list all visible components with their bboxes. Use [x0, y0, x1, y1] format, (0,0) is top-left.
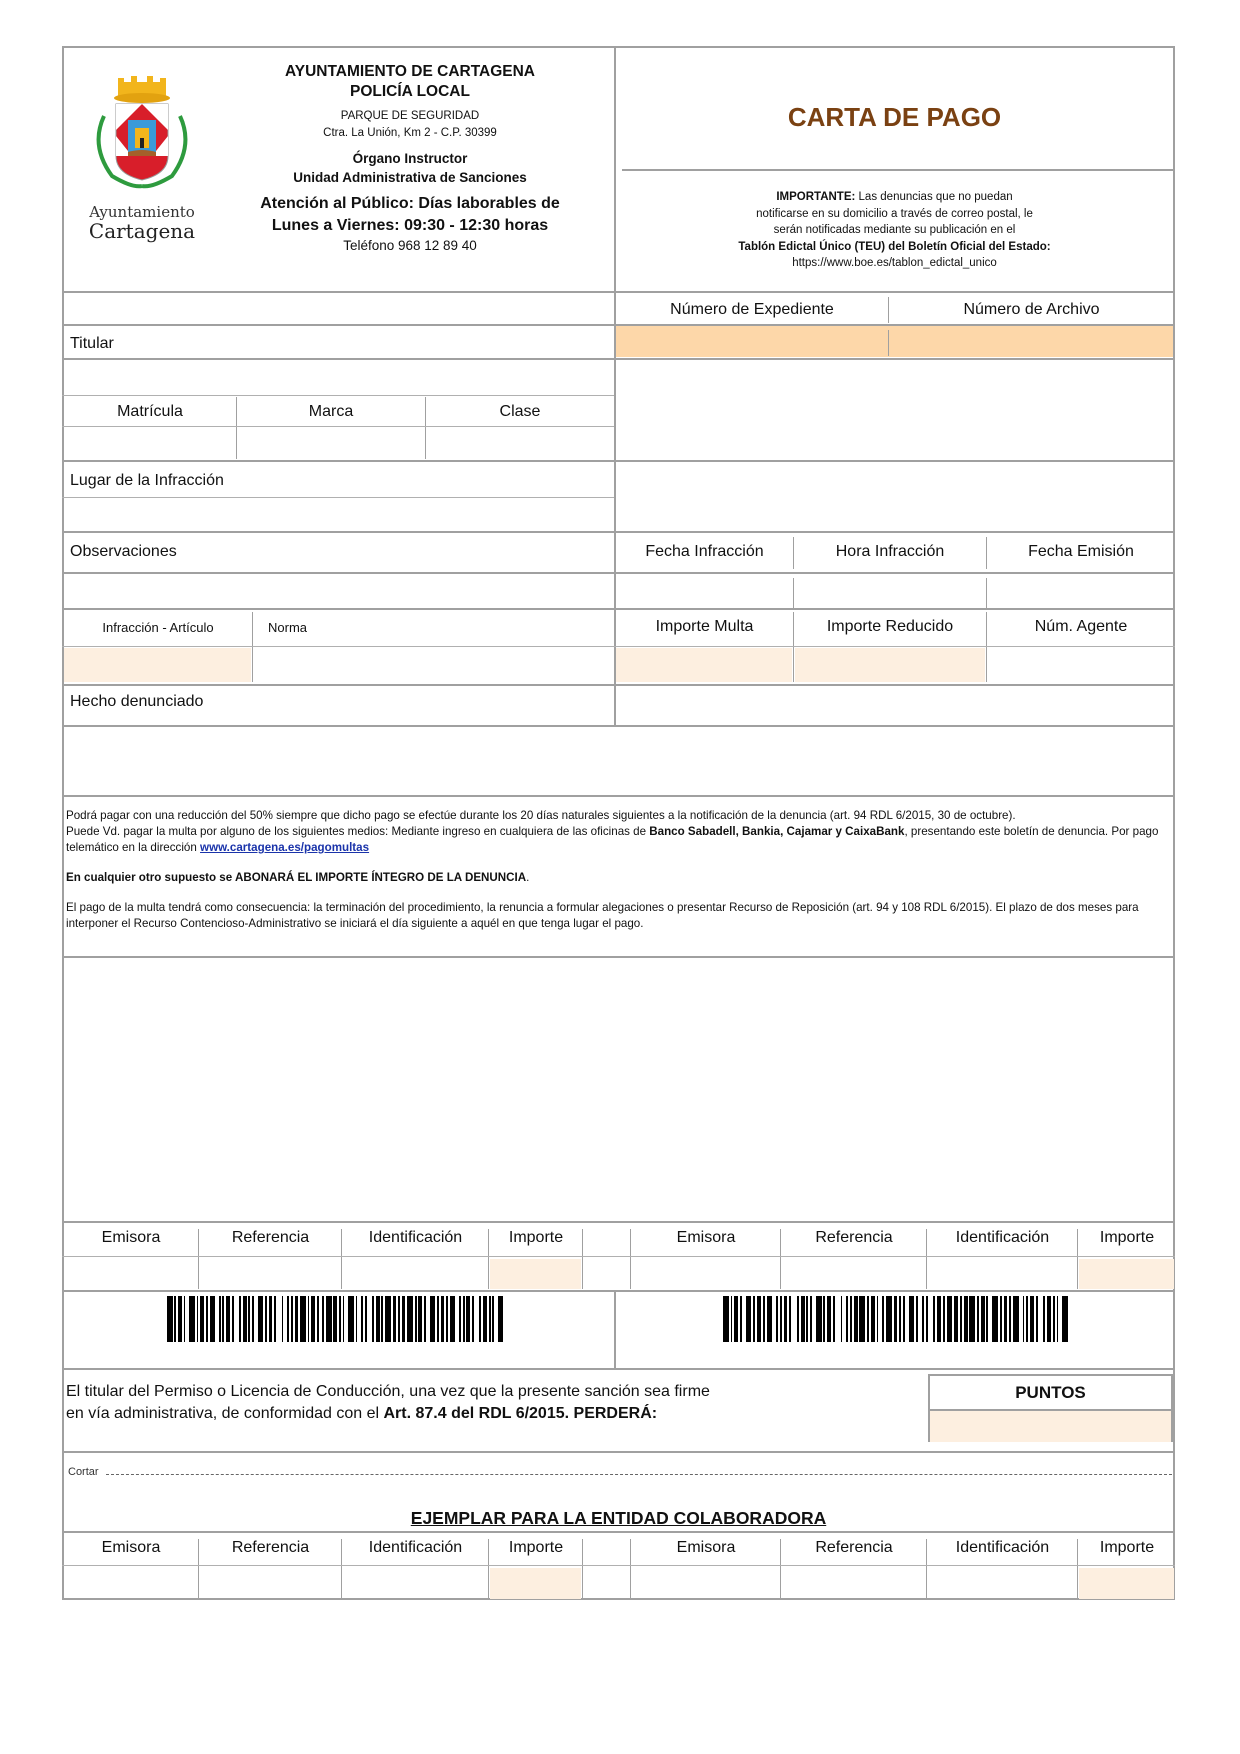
payment1-field-emisora-2[interactable]: [632, 1259, 779, 1289]
payment2-header-importe: Importe: [490, 1539, 582, 1557]
row-line: [62, 1256, 1175, 1257]
importe-reducido-label: Importe Reducido: [794, 618, 986, 636]
payment2-header-identificacin: Identificación: [343, 1539, 488, 1557]
payment1-field-emisora-1[interactable]: [64, 1259, 197, 1289]
notice-line-4: Tablón Edictal Único (TEU) del Boletín O…: [616, 239, 1173, 256]
legal-p2-a: Puede Vd. pagar la multa por alguno de l…: [66, 825, 649, 838]
col-divider: [341, 1229, 342, 1289]
col-divider: [780, 1539, 781, 1599]
notice-line-3: serán notificadas mediante su publicació…: [616, 222, 1173, 239]
row-line: [62, 460, 1175, 462]
payment2-field-identificacin-1[interactable]: [343, 1568, 487, 1599]
payment2-field-importe-2[interactable]: [1079, 1568, 1174, 1599]
barcode-right: [723, 1296, 1070, 1342]
col-divider: [1077, 1539, 1078, 1599]
points-notice: El titular del Permiso o Licencia de Con…: [66, 1381, 710, 1425]
row-line: [62, 795, 1175, 797]
legal-p1: Podrá pagar con una reducción del 50% si…: [66, 808, 1166, 824]
importe-reducido-field[interactable]: [795, 648, 985, 682]
org-sub: POLICÍA LOCAL: [240, 82, 580, 102]
row-line: [62, 1451, 1175, 1453]
points-field[interactable]: [930, 1411, 1171, 1442]
notice-bold: IMPORTANTE:: [776, 191, 855, 203]
lugar-field[interactable]: [64, 499, 612, 530]
importe-multa-label: Importe Multa: [616, 618, 793, 636]
col-divider: [198, 1229, 199, 1289]
col-divider: [630, 1539, 631, 1599]
importe-multa-field[interactable]: [616, 648, 792, 682]
payment1-field-referencia-1[interactable]: [200, 1259, 340, 1289]
legal-p3-bold: En cualquier otro supuesto se ABONARÁ EL…: [66, 871, 526, 884]
col-divider: [488, 1539, 489, 1599]
notice-url[interactable]: https://www.boe.es/tablon_edictal_unico: [616, 255, 1173, 272]
payment1-field-identificacin-2[interactable]: [928, 1259, 1076, 1289]
payment2-field-emisora-1[interactable]: [64, 1568, 197, 1599]
infraccion-articulo-field[interactable]: [64, 648, 251, 682]
row-line: [62, 1531, 1175, 1533]
row-line: [62, 1565, 1175, 1566]
titular-label: Titular: [70, 335, 114, 353]
payment1-field-importe-2[interactable]: [1079, 1259, 1174, 1289]
marca-label: Marca: [237, 403, 425, 421]
payment2-field-identificacin-2[interactable]: [928, 1568, 1076, 1599]
matricula-field[interactable]: [64, 428, 235, 458]
notice-line-1: Las denuncias que no puedan: [855, 191, 1012, 203]
legal-p3-end: .: [526, 871, 529, 884]
fecha-emision-label: Fecha Emisión: [987, 543, 1175, 561]
hecho-label: Hecho denunciado: [70, 693, 203, 711]
marca-field[interactable]: [238, 428, 424, 458]
col-divider: [888, 330, 889, 356]
payment2-header-emisora: Emisora: [632, 1539, 780, 1557]
row-line: [62, 1290, 1175, 1292]
address-2: Ctra. La Unión, Km 2 - C.P. 30399: [240, 125, 580, 142]
col-divider: [582, 1539, 583, 1599]
payment1-header-importe: Importe: [490, 1229, 582, 1247]
num-agente-field[interactable]: [988, 648, 1174, 682]
legal-banks: Banco Sabadell, Bankia, Cajamar y CaixaB…: [649, 825, 904, 838]
payment1-field-referencia-2[interactable]: [782, 1259, 925, 1289]
payment1-field-importe-1[interactable]: [490, 1259, 581, 1289]
hecho-field[interactable]: [64, 727, 1173, 794]
notice-line-2: notificarse en su domicilio a través de …: [616, 206, 1173, 223]
expediente-archivo-field[interactable]: [616, 326, 1173, 357]
fecha-infraccion-field[interactable]: [616, 574, 792, 607]
org-info: AYUNTAMIENTO DE CARTAGENA POLICÍA LOCAL …: [240, 62, 580, 255]
lugar-label: Lugar de la Infracción: [70, 472, 224, 490]
observaciones-label: Observaciones: [70, 543, 177, 561]
cut-label: Cortar: [68, 1466, 99, 1478]
observaciones-field[interactable]: [64, 574, 612, 607]
hora-infraccion-field[interactable]: [795, 574, 985, 607]
col-divider: [1077, 1229, 1078, 1289]
payment2-field-importe-1[interactable]: [490, 1568, 581, 1599]
teu-notice: IMPORTANTE: Las denuncias que no puedan …: [616, 189, 1173, 272]
payment1-header-emisora: Emisora: [64, 1229, 198, 1247]
hours-line-1: Atención al Público: Días laborables de: [240, 193, 580, 215]
barcode-left: [167, 1296, 505, 1342]
row-line: [62, 646, 1175, 647]
norma-label: Norma: [268, 620, 307, 635]
payment2-header-referencia: Referencia: [782, 1539, 926, 1557]
norma-field[interactable]: [254, 648, 612, 682]
col-divider: [986, 578, 987, 608]
col-divider: [630, 1229, 631, 1289]
payment1-header-referencia: Referencia: [782, 1229, 926, 1247]
payment2-field-referencia-2[interactable]: [782, 1568, 925, 1599]
address-1: PARQUE DE SEGURIDAD: [240, 108, 580, 125]
col-divider: [252, 612, 253, 682]
coat-of-arms-icon: [82, 76, 202, 196]
col-divider: [793, 578, 794, 608]
fecha-emision-field[interactable]: [988, 574, 1174, 607]
title-divider: [622, 169, 1175, 171]
row-line: [62, 684, 1175, 686]
org-name: AYUNTAMIENTO DE CARTAGENA: [240, 62, 580, 82]
legal-p4: El pago de la multa tendrá como consecue…: [66, 900, 1166, 932]
matricula-label: Matrícula: [64, 403, 236, 421]
points-box: PUNTOS: [928, 1374, 1173, 1442]
payment1-header-emisora: Emisora: [632, 1229, 780, 1247]
archivo-label: Número de Archivo: [889, 301, 1174, 319]
col-divider: [926, 1539, 927, 1599]
phone: Teléfono 968 12 89 40: [240, 237, 580, 255]
row-line: [62, 531, 1175, 533]
payment2-field-referencia-1[interactable]: [200, 1568, 340, 1599]
col-divider: [341, 1539, 342, 1599]
col-divider: [582, 1229, 583, 1289]
payment2-field-emisora-2[interactable]: [632, 1568, 779, 1599]
payment1-header-identificacin: Identificación: [928, 1229, 1077, 1247]
payment1-field-identificacin-1[interactable]: [343, 1259, 487, 1289]
points-text-2a: en vía administrativa, de conformidad co…: [66, 1405, 384, 1422]
payment2-header-referencia: Referencia: [200, 1539, 341, 1557]
row-line: [62, 426, 614, 427]
payment1-header-identificacin: Identificación: [343, 1229, 488, 1247]
points-label: PUNTOS: [930, 1376, 1171, 1411]
clase-field[interactable]: [427, 428, 613, 458]
legal-text: Podrá pagar con una reducción del 50% si…: [66, 808, 1166, 932]
row-line: [62, 956, 1175, 958]
doc-title: CARTA DE PAGO: [616, 102, 1173, 133]
copy-title: EJEMPLAR PARA LA ENTIDAD COLABORADORA: [411, 1508, 826, 1528]
legal-p2: Puede Vd. pagar la multa por alguno de l…: [66, 824, 1166, 856]
clase-label: Clase: [426, 403, 614, 421]
col-divider: [780, 1229, 781, 1289]
row-line: [62, 1368, 1175, 1370]
logo-line-2: Cartagena: [82, 221, 202, 241]
col-divider: [926, 1229, 927, 1289]
payment1-header-importe: Importe: [1079, 1229, 1175, 1247]
col-divider: [488, 1229, 489, 1289]
cut-line: [106, 1474, 1172, 1475]
payment2-header-emisora: Emisora: [64, 1539, 198, 1557]
row-line: [62, 497, 614, 498]
payment1-header-referencia: Referencia: [200, 1229, 341, 1247]
organ-label: Órgano Instructor: [240, 149, 580, 168]
infraccion-articulo-label: Infracción - Artículo: [64, 620, 252, 635]
pagomultas-link[interactable]: www.cartagena.es/pagomultas: [200, 841, 369, 854]
logo: Ayuntamiento Cartagena: [82, 76, 202, 246]
fecha-infraccion-label: Fecha Infracción: [616, 543, 793, 561]
row-line: [62, 291, 1175, 293]
row-line: [62, 608, 1175, 610]
payment2-header-identificacin: Identificación: [928, 1539, 1077, 1557]
row-line: [62, 1221, 1175, 1223]
expediente-label: Número de Expediente: [616, 301, 888, 319]
titular-field[interactable]: [64, 360, 612, 394]
copy-title-wrap: EJEMPLAR PARA LA ENTIDAD COLABORADORA: [62, 1508, 1175, 1529]
num-agente-label: Núm. Agente: [987, 618, 1175, 636]
points-text-1: El titular del Permiso o Licencia de Con…: [66, 1381, 710, 1403]
points-text-2b: Art. 87.4 del RDL 6/2015. PERDERÁ:: [384, 1405, 658, 1422]
payment2-header-importe: Importe: [1079, 1539, 1175, 1557]
col-divider: [198, 1539, 199, 1599]
organ-unit: Unidad Administrativa de Sanciones: [240, 168, 580, 187]
hours-line-2: Lunes a Viernes: 09:30 - 12:30 horas: [240, 215, 580, 237]
hora-infraccion-label: Hora Infracción: [794, 543, 986, 561]
barcode-divider: [614, 1290, 616, 1368]
legal-p3: En cualquier otro supuesto se ABONARÁ EL…: [66, 870, 1166, 886]
row-line: [62, 395, 614, 396]
